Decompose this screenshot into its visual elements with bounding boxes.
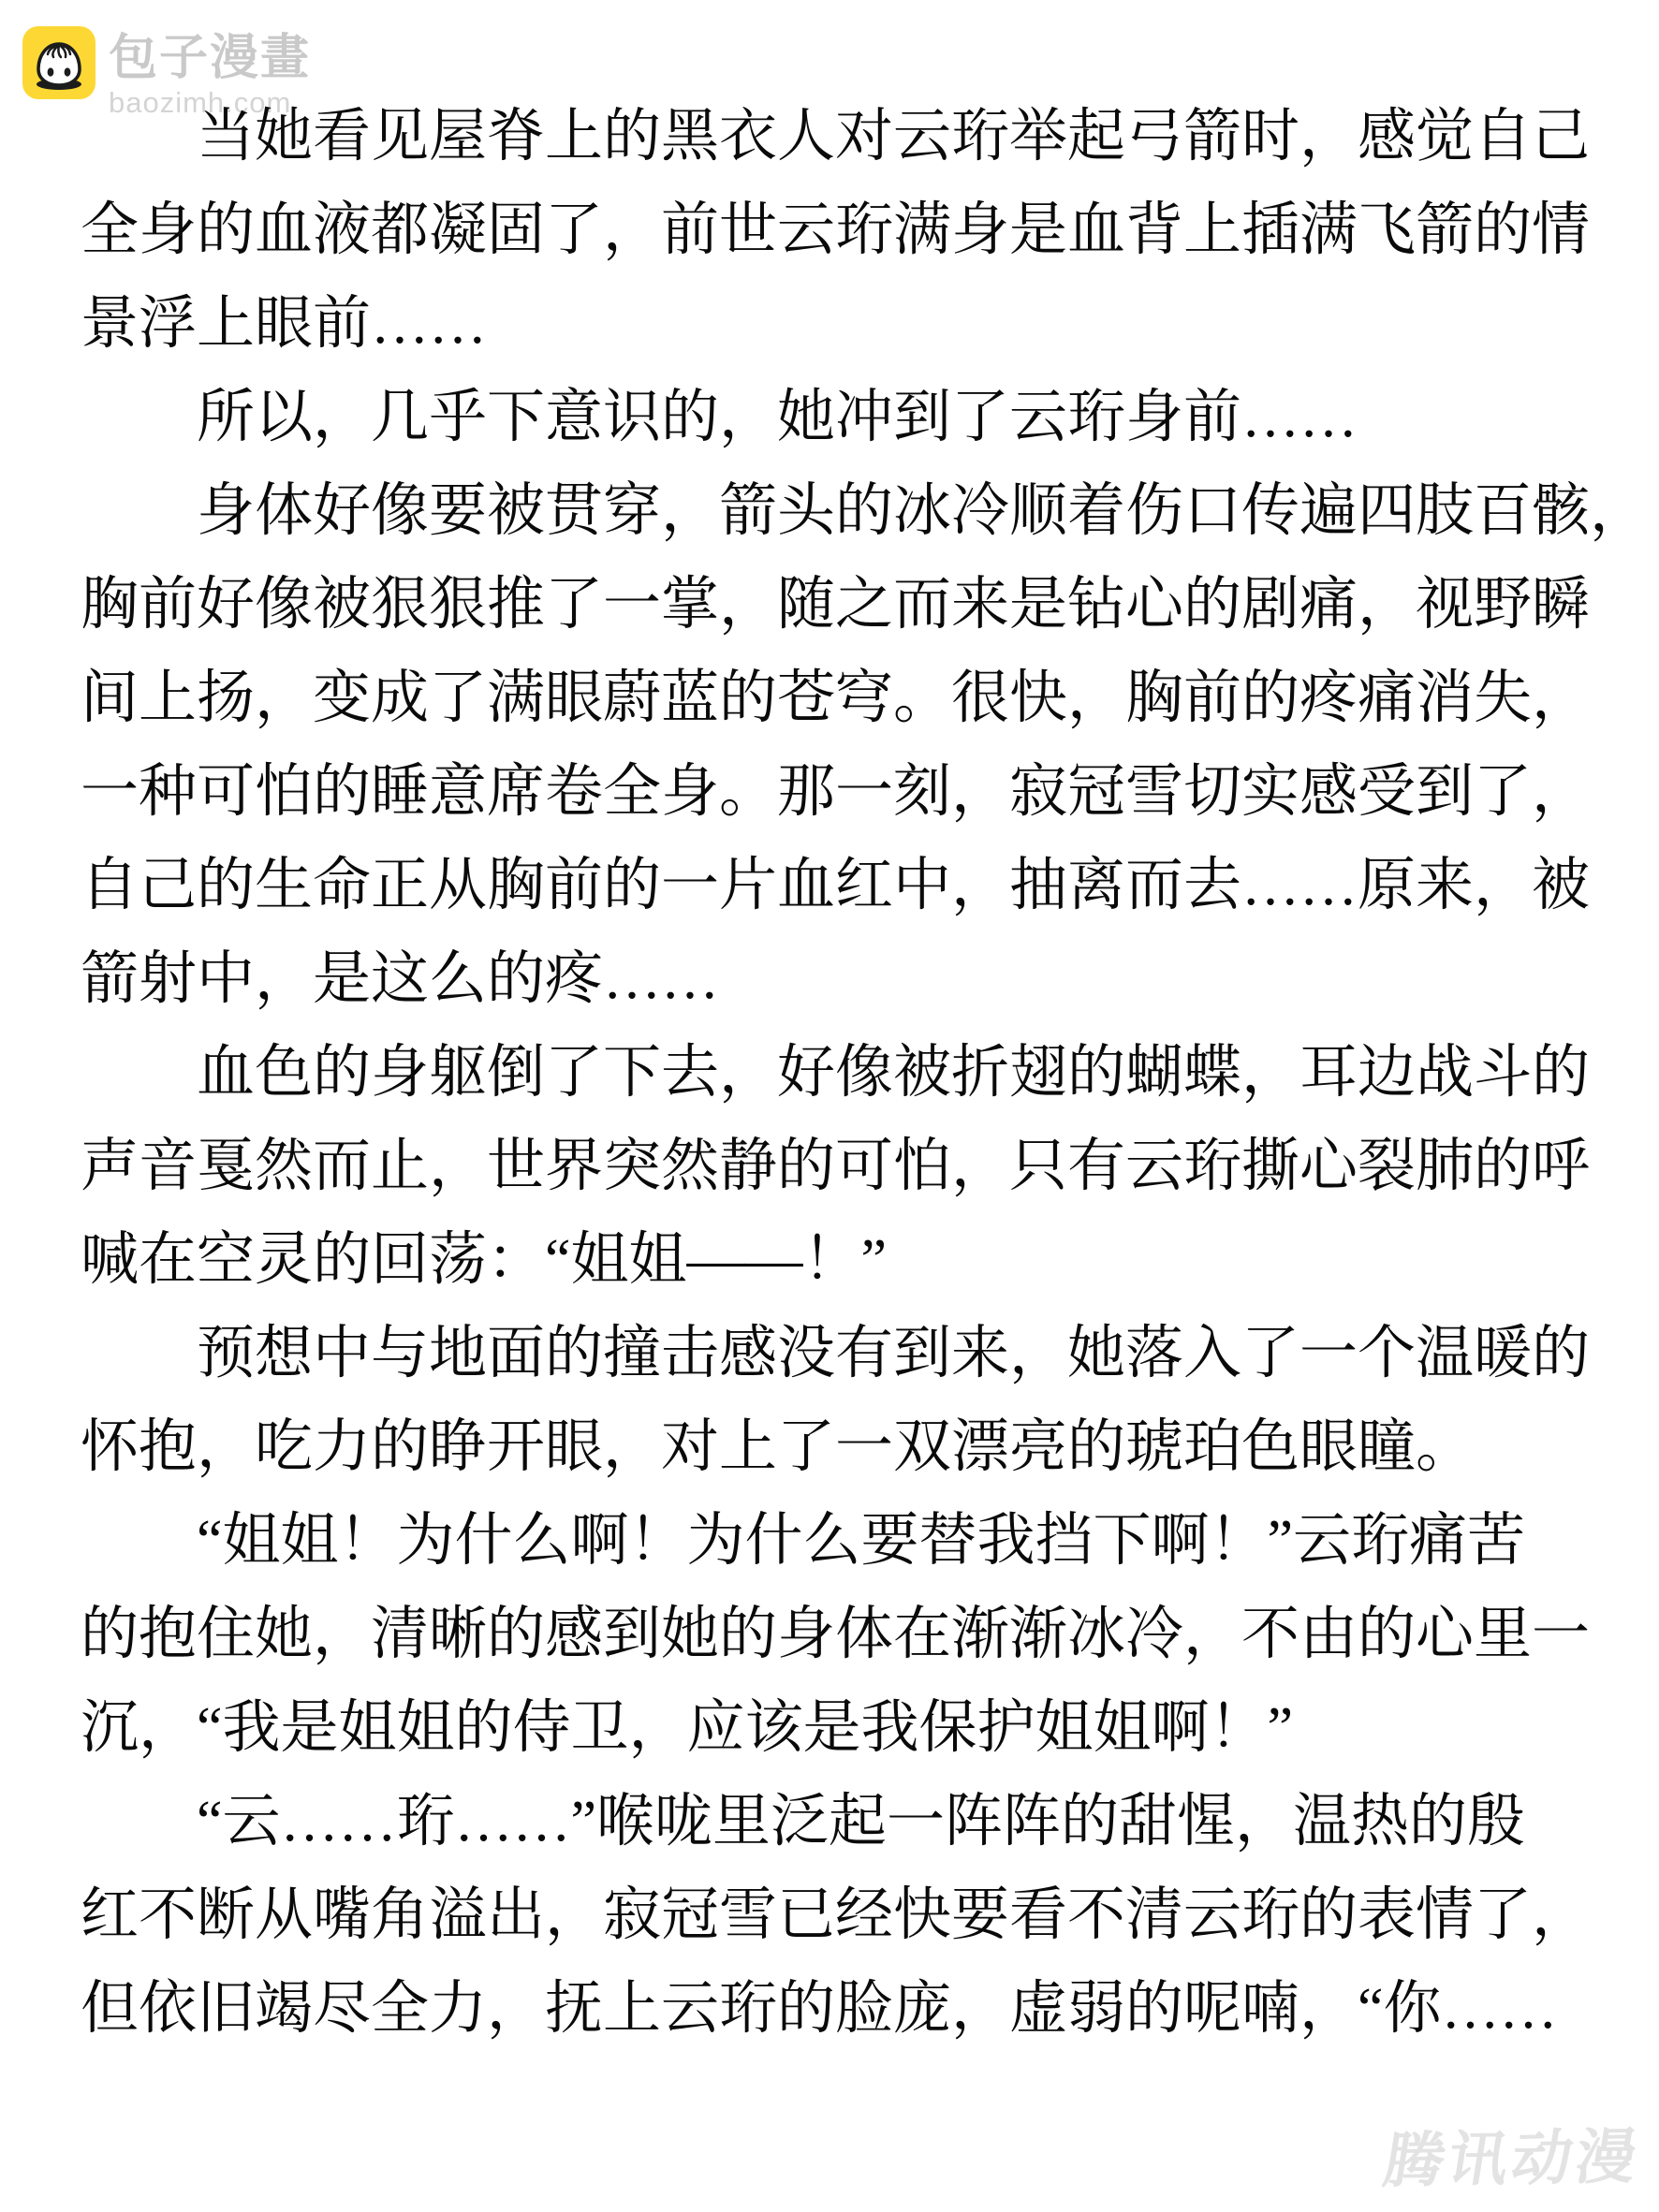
baozi-bun-icon: [22, 26, 95, 99]
text-line: 沉，“我是姐姐的侍卫，应该是我保护姐姐啊！”: [81, 1681, 1588, 1775]
text-line: 声音戛然而止，世界突然静的可怕，只有云珩撕心裂肺的呼: [81, 1120, 1588, 1213]
text-line: “姐姐！为什么啊！为什么要替我挡下啊！”云珩痛苦: [81, 1494, 1588, 1588]
text-line: 血色的身躯倒了下去，好像被折翅的蝴蝶，耳边战斗的: [81, 1026, 1588, 1120]
text-line: 预想中与地面的撞击感没有到来，她落入了一个温暖的: [81, 1307, 1588, 1400]
text-line: 间上扬，变成了满眼蔚蓝的苍穹。很快，胸前的疼痛消失，: [81, 652, 1588, 745]
text-line: “云……珩……”喉咙里泛起一阵阵的甜惺，温热的殷: [81, 1775, 1588, 1868]
text-line: 当她看见屋脊上的黑衣人对云珩举起弓箭时，感觉自己: [81, 90, 1588, 183]
text-line: 胸前好像被狠狠推了一掌，随之而来是钻心的剧痛，视野瞬: [81, 558, 1588, 652]
text-line: 红不断从嘴角溢出，寂冠雪已经快要看不清云珩的表情了，: [81, 1868, 1588, 1962]
text-line: 怀抱，吃力的睁开眼，对上了一双漂亮的琥珀色眼瞳。: [81, 1400, 1588, 1494]
text-line: 身体好像要被贯穿，箭头的冰冷顺着伤口传遍四肢百骸，: [81, 464, 1588, 558]
site-logo-name: 包子漫畫: [109, 34, 311, 82]
text-line: 所以，几乎下意识的，她冲到了云珩身前……: [81, 371, 1588, 464]
text-line: 全身的血液都凝固了，前世云珩满身是血背上插满飞箭的情: [81, 183, 1588, 277]
text-line: 景浮上眼前……: [81, 277, 1588, 371]
text-line: 的抱住她，清晰的感到她的身体在渐渐冰冷，不由的心里一: [81, 1588, 1588, 1681]
text-line: 一种可怕的睡意席卷全身。那一刻，寂冠雪切实感受到了，: [81, 745, 1588, 839]
text-line: 但依旧竭尽全力，抚上云珩的脸庞，虚弱的呢喃，“你……: [81, 1962, 1588, 2056]
text-line: 箭射中，是这么的疼……: [81, 932, 1588, 1026]
novel-text-page: 当她看见屋脊上的黑衣人对云珩举起弓箭时，感觉自己 全身的血液都凝固了，前世云珩满…: [81, 90, 1588, 2056]
text-line: 自己的生命正从胸前的一片血红中，抽离而去……原来，被: [81, 839, 1588, 932]
text-line: 喊在空灵的回荡：“姐姐——！”: [81, 1213, 1588, 1307]
tencent-comics-watermark: 腾讯动漫: [1378, 2109, 1647, 2200]
